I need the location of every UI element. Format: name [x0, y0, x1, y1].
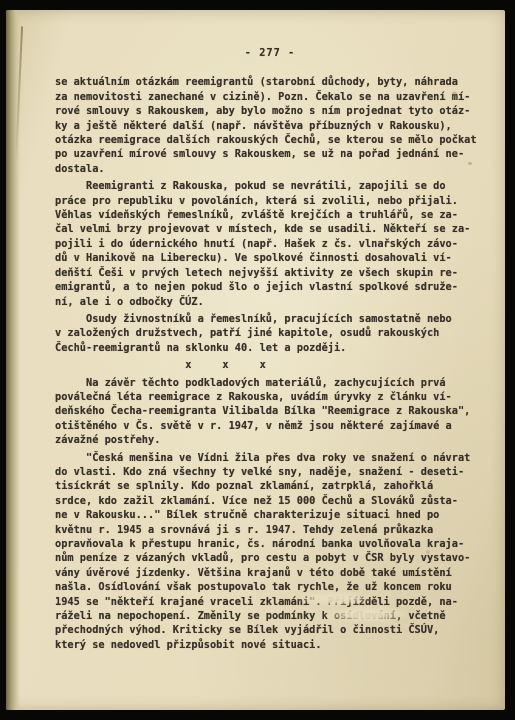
page-content: - 277 - se aktuálním otázkám reemigrantů… [55, 46, 485, 652]
paragraph: Na závěr těchto podkladových materiálů, … [55, 376, 485, 448]
paragraph-quote: "Česká menšina ve Vídni žila přes dva ro… [55, 451, 485, 653]
section-separator: x x x [55, 358, 485, 372]
scanned-document: - 277 - se aktuálním otázkám reemigrantů… [0, 0, 515, 720]
paragraph-continuation: se aktuálním otázkám reemigrantů (starob… [55, 75, 485, 176]
document-page: - 277 - se aktuálním otázkám reemigrantů… [6, 10, 505, 710]
paragraph: Reemigranti z Rakouska, pokud se nevráti… [55, 179, 485, 309]
page-number: - 277 - [55, 46, 485, 60]
paragraph: Osudy živnostníků a řemeslníků, pracujíc… [55, 312, 485, 355]
